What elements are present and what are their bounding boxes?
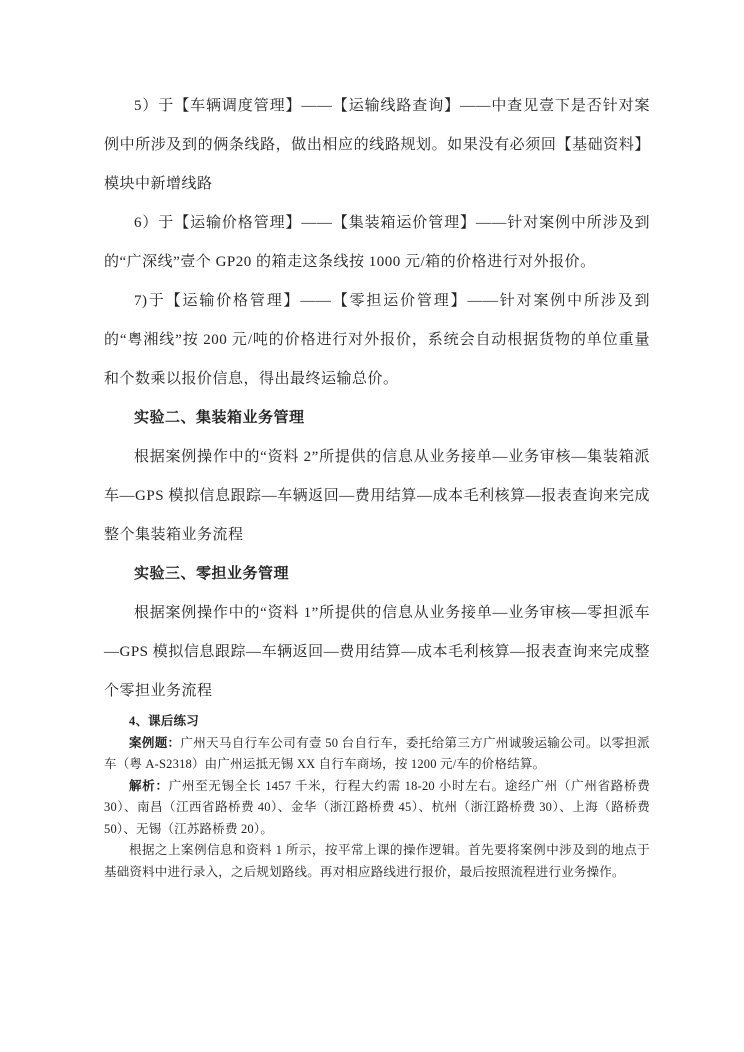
experiment-steps-section: 5）于【车辆调度管理】——【运输线路查询】——中查见壹下是否针对案例中所涉及到的… [104,87,650,711]
homework-section: 4、课后练习 案例题：广州天马自行车公司有壹 50 台自行车，委托给第三方广州诚… [104,711,650,883]
experiment-2-heading: 实验二、集装箱业务管理 [104,399,650,438]
analysis-paragraph: 解析：广州至无锡全长 1457 千米，行程大约需 18-20 小时左右。途经广州… [104,776,650,841]
experiment-3-body: 根据案例操作中的“资料 1”所提供的信息从业务接单—业务审核—零担派车—GPS … [104,594,650,711]
experiment-3-heading: 实验三、零担业务管理 [104,555,650,594]
case-question-text: 广州天马自行车公司有壹 50 台自行车，委托给第三方广州诚骏运输公司。以零担派车… [104,736,650,772]
analysis-label: 解析： [129,779,169,793]
step-5-paragraph: 5）于【车辆调度管理】——【运输线路查询】——中查见壹下是否针对案例中所涉及到的… [104,87,650,204]
analysis-text: 广州至无锡全长 1457 千米，行程大约需 18-20 小时左右。途经广州（广州… [104,779,650,836]
case-question-paragraph: 案例题：广州天马自行车公司有壹 50 台自行车，委托给第三方广州诚骏运输公司。以… [104,733,650,776]
step-7-paragraph: 7)于【运输价格管理】——【零担运价管理】——针对案例中所涉及到的“粤湘线”按 … [104,282,650,399]
case-question-label: 案例题： [129,736,180,750]
document-page: 5）于【车辆调度管理】——【运输线路查询】——中查见壹下是否针对案例中所涉及到的… [0,0,744,1052]
step-6-paragraph: 6）于【运输价格管理】——【集装箱运价管理】——针对案例中所涉及到的“广深线”壹… [104,204,650,282]
homework-section-heading: 4、课后练习 [104,711,650,733]
experiment-2-body: 根据案例操作中的“资料 2”所提供的信息从业务接单—业务审核—集装箱派车—GPS… [104,438,650,555]
conclusion-paragraph: 根据之上案例信息和资料 1 所示，按平常上课的操作逻辑。首先要将案例中涉及到的地… [104,840,650,883]
